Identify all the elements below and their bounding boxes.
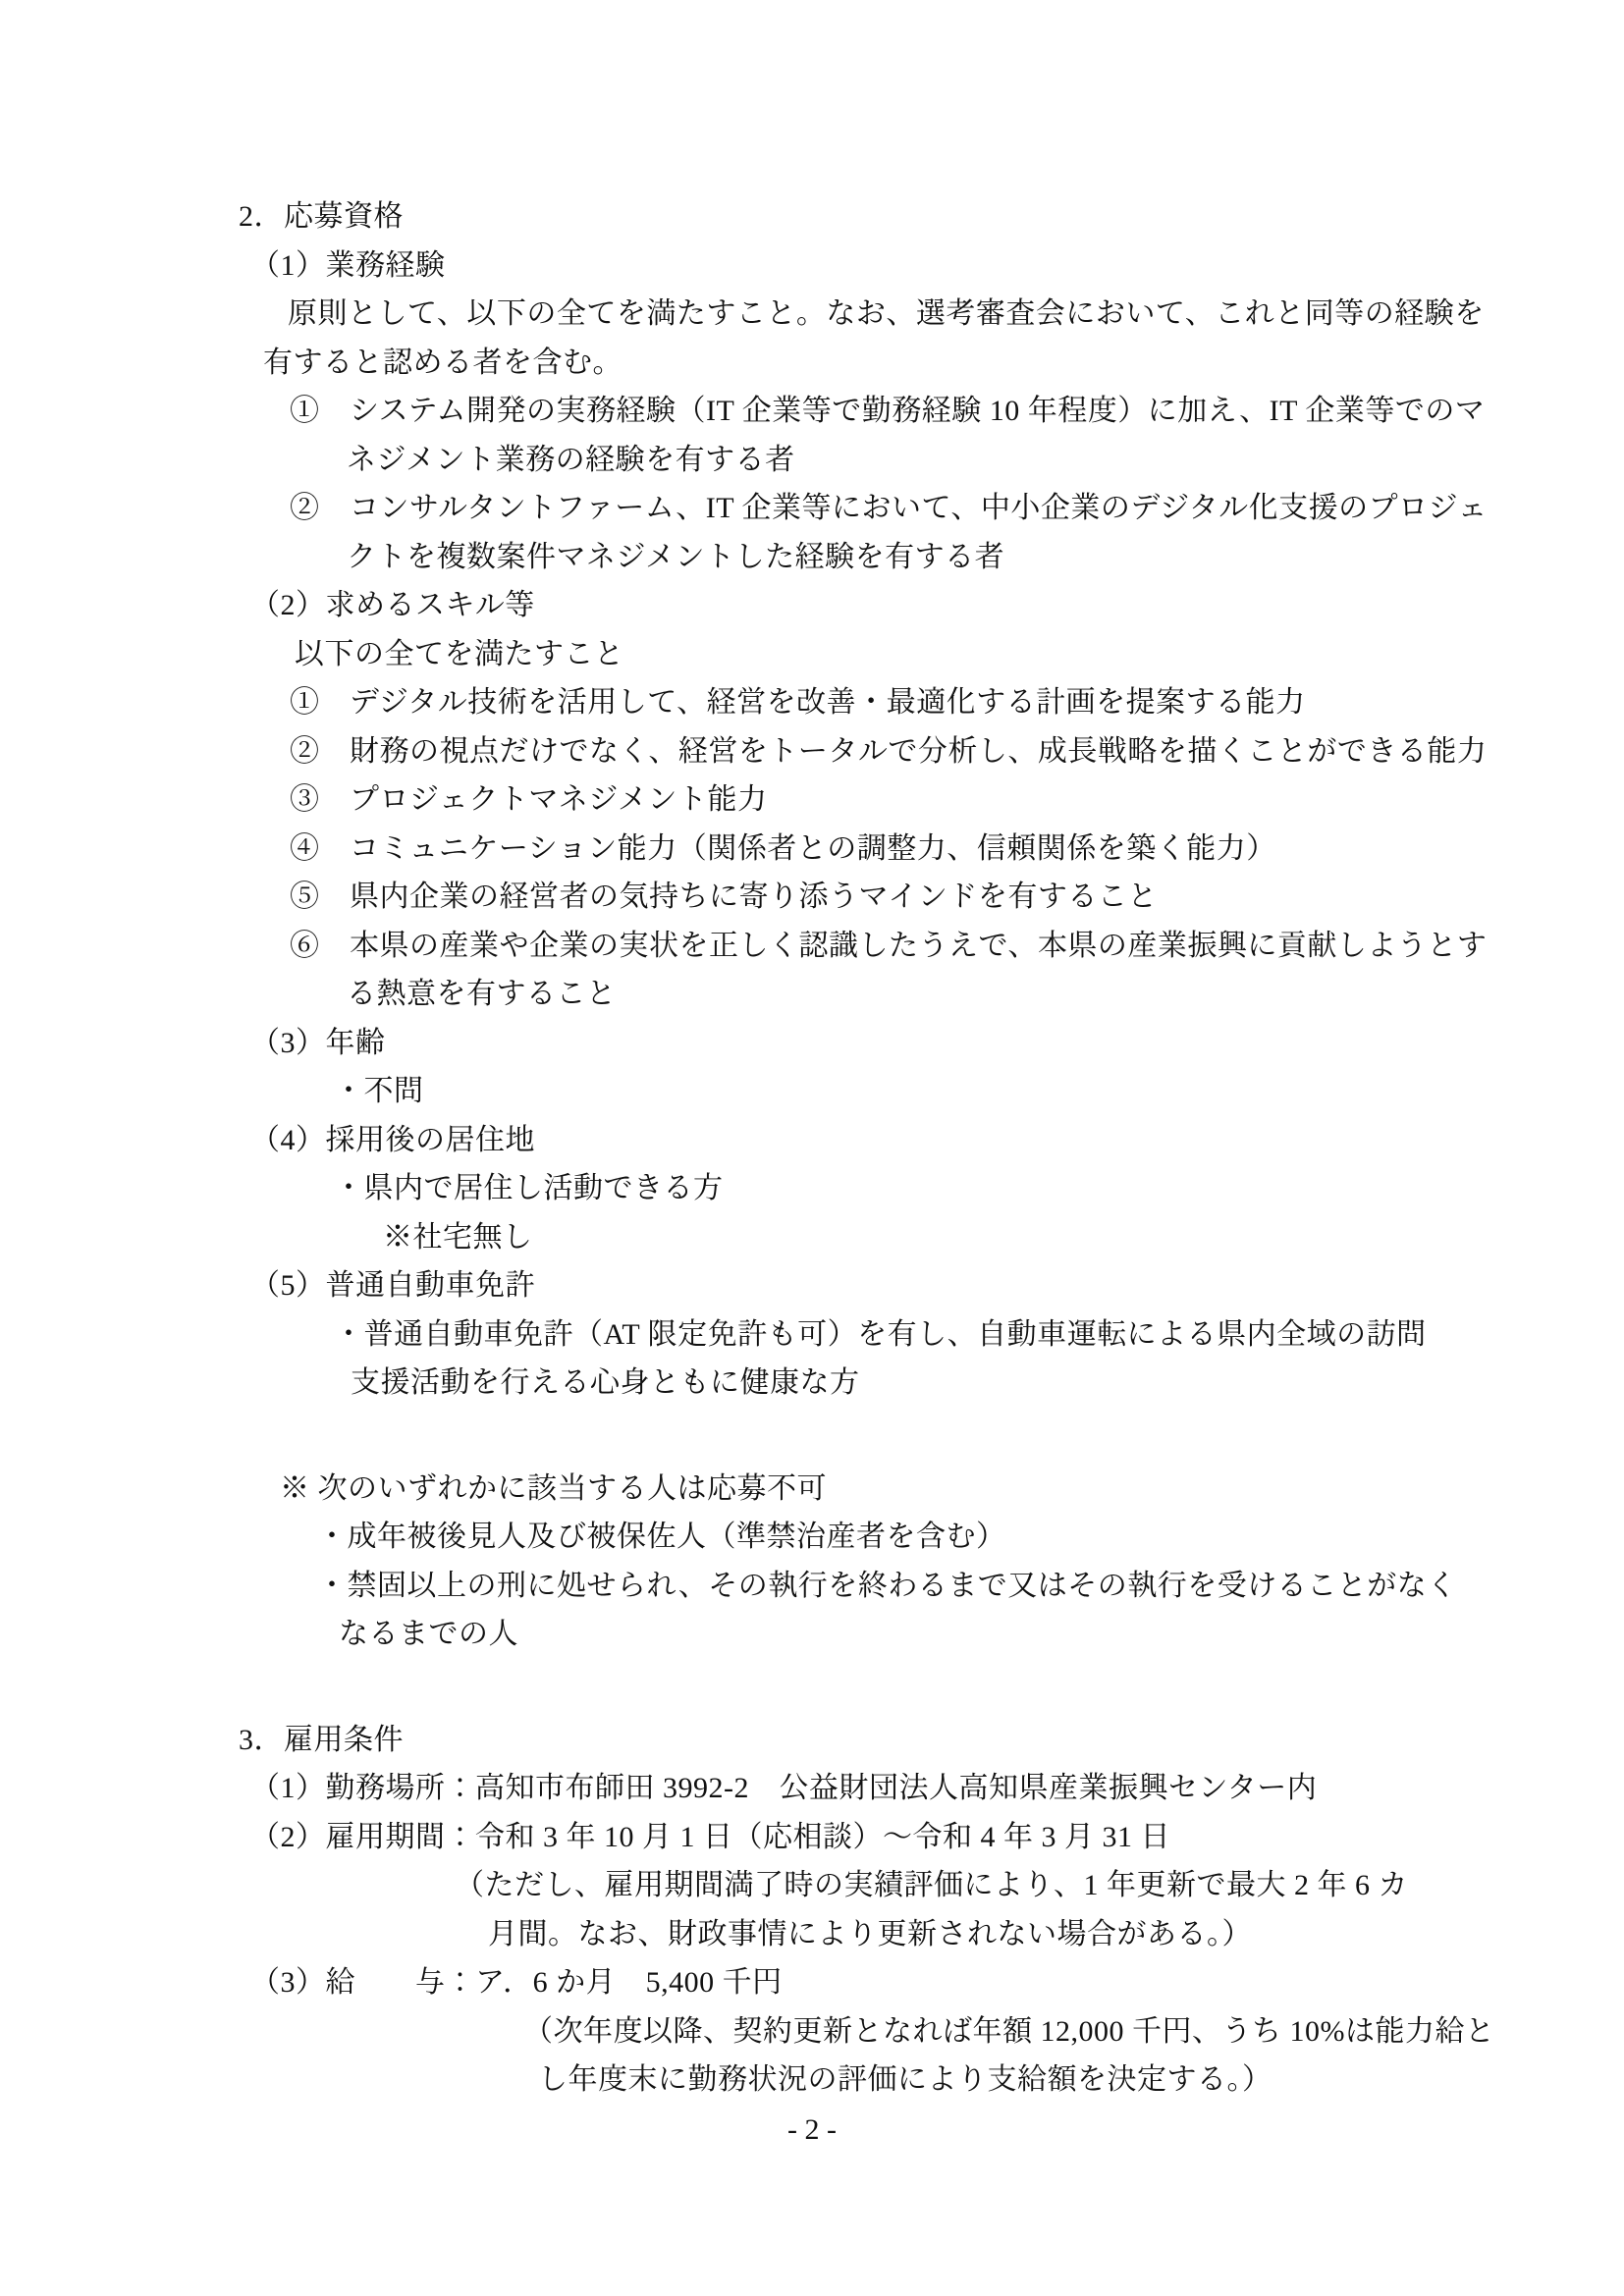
document-page: 2．応募資格（1）業務経験原則として、以下の全てを満たすこと。なお、選考審査会に… xyxy=(0,0,1624,2296)
item-3-heading: （3）年齢 xyxy=(250,1019,1585,1068)
bullet-item: ・成年被後見人及び被保佐人（準禁治産者を含む） xyxy=(317,1513,1585,1562)
list-item: ① システム開発の実務経験（IT 企業等で勤務経験 10 年程度）に加え、IT … xyxy=(290,387,1585,436)
item-3-heading: （3）給 与：ア．6 か月 5,400 千円 xyxy=(250,1958,1585,2007)
document-line: 月間。なお、財政事情により更新されない場合がある。） xyxy=(488,1910,1585,1959)
item-2-heading: （2）雇用期間：令和 3 年 10 月 1 日（応相談）～令和 4 年 3 月 … xyxy=(250,1813,1585,1862)
bullet-item: ・不問 xyxy=(334,1067,1585,1116)
item-1-heading: （1）勤務場所：高知市布師田 3992-2 公益財団法人高知県産業振興センター内 xyxy=(250,1764,1585,1813)
list-item: ⑥ 本県の産業や企業の実状を正しく認識したうえで、本県の産業振興に貢献しようとす xyxy=(290,922,1585,971)
document-line: （次年度以降、契約更新となれば年額 12,000 千円、うち 10%は能力給と xyxy=(523,2007,1585,2056)
blank-line xyxy=(239,1408,1585,1465)
document-body: 2．応募資格（1）業務経験原則として、以下の全てを満たすこと。なお、選考審査会に… xyxy=(239,192,1585,2105)
document-line: し年度末に勤務状況の評価により支給額を決定する。） xyxy=(538,2056,1585,2105)
list-item: ⑤ 県内企業の経営者の気持ちに寄り添うマインドを有すること xyxy=(290,873,1585,922)
list-item: ② コンサルタントファーム、IT 企業等において、中小企業のデジタル化支援のプロ… xyxy=(290,484,1585,533)
list-item: ③ プロジェクトマネジメント能力 xyxy=(290,775,1585,825)
document-line: 以下の全てを満たすこと xyxy=(295,630,1585,679)
note-line: ※社宅無し xyxy=(383,1213,1585,1262)
section-3-heading: 3．雇用条件 xyxy=(239,1716,1585,1765)
item-4-heading: （4）採用後の居住地 xyxy=(250,1116,1585,1165)
blank-line xyxy=(239,1659,1585,1716)
list-item: ④ コミュニケーション能力（関係者との調整力、信頼関係を築く能力） xyxy=(290,825,1585,874)
list-item-cont: ネジメント業務の経験を有する者 xyxy=(347,436,1585,485)
list-item: ② 財務の視点だけでなく、経営をトータルで分析し、成長戦略を描くことができる能力 xyxy=(290,727,1585,776)
bullet-item-cont: 支援活動を行える心身ともに健康な方 xyxy=(351,1359,1585,1408)
note-line: ※ 次のいずれかに該当する人は応募不可 xyxy=(280,1465,1585,1514)
item-2-heading: （2）求めるスキル等 xyxy=(250,581,1585,630)
bullet-item-cont: なるまでの人 xyxy=(339,1610,1585,1659)
list-item: ① デジタル技術を活用して、経営を改善・最適化する計画を提案する能力 xyxy=(290,678,1585,727)
bullet-item: ・県内で居住し活動できる方 xyxy=(334,1164,1585,1213)
bullet-item: ・禁固以上の刑に処せられ、その執行を終わるまで又はその執行を受けることがなく xyxy=(317,1562,1585,1611)
document-line: （ただし、雇用期間満了時の実績評価により、1 年更新で最大 2 年 6 カ xyxy=(455,1861,1585,1910)
document-line: 原則として、以下の全てを満たすこと。なお、選考審査会において、これと同等の経験を xyxy=(288,290,1585,339)
list-item-cont: クトを複数案件マネジメントした経験を有する者 xyxy=(347,533,1585,582)
section-2-heading: 2．応募資格 xyxy=(239,192,1585,241)
document-line: 有すると認める者を含む。 xyxy=(263,339,1585,388)
item-1-heading: （1）業務経験 xyxy=(250,241,1585,291)
page-number: - 2 - xyxy=(0,2110,1624,2150)
bullet-item: ・普通自動車免許（AT 限定免許も可）を有し、自動車運転による県内全域の訪問 xyxy=(334,1310,1585,1360)
item-5-heading: （5）普通自動車免許 xyxy=(250,1261,1585,1310)
list-item-cont: る熱意を有すること xyxy=(347,970,1585,1019)
